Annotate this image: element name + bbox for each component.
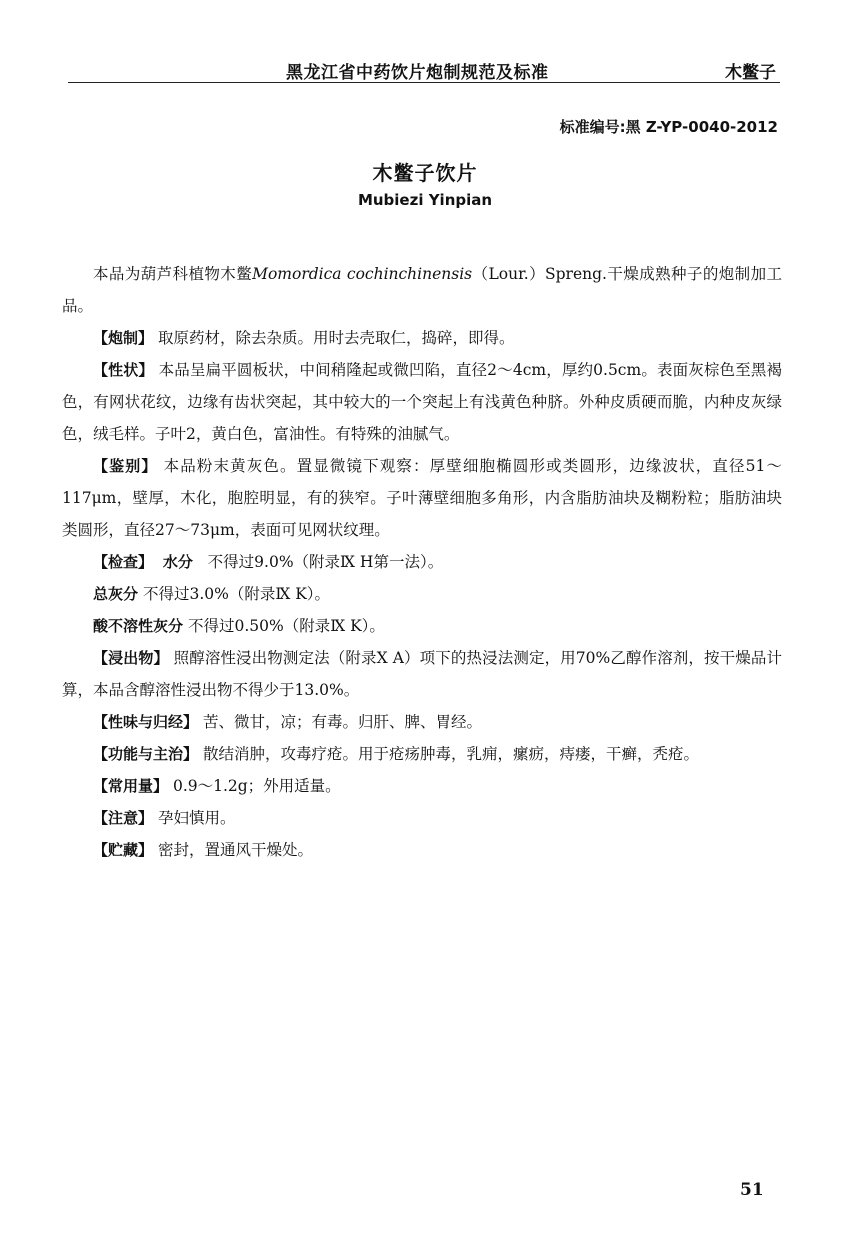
- identification-label: 【鉴别】: [93, 457, 158, 475]
- total-ash-text: 不得过3.0%（附录Ⅸ K）。: [143, 585, 330, 603]
- dosage-label: 【常用量】: [93, 777, 168, 795]
- latin-name: Momordica cochinchinensis: [252, 265, 472, 283]
- description-label: 【性状】: [93, 361, 154, 379]
- extract-text: 照醇溶性浸出物测定法（附录Ⅹ A）项下的热浸法测定，用70%乙醇作溶剂，按干燥品…: [62, 649, 782, 699]
- total-ash-paragraph: 总灰分 不得过3.0%（附录Ⅸ K）。: [62, 578, 782, 610]
- storage-text: 密封，置通风干燥处。: [158, 841, 313, 859]
- intro-paragraph: 本品为葫芦科植物木鳖Momordica cochinchinensis（Lour…: [62, 258, 782, 322]
- caution-paragraph: 【注意】 孕妇慎用。: [62, 802, 782, 834]
- description-paragraph: 【性状】 本品呈扁平圆板状，中间稍隆起或微凹陷，直径2～4cm，厚约0.5cm。…: [62, 354, 782, 450]
- acid-ash-paragraph: 酸不溶性灰分 不得过0.50%（附录Ⅸ K）。: [62, 610, 782, 642]
- moisture-label: 水分: [163, 553, 193, 571]
- intro-text: 本品为葫芦科植物木鳖: [93, 265, 252, 283]
- inspection-label: 【检查】: [93, 553, 153, 571]
- section-title: 木鳖子: [725, 58, 776, 83]
- extract-paragraph: 【浸出物】 照醇溶性浸出物测定法（附录Ⅹ A）项下的热浸法测定，用70%乙醇作溶…: [62, 642, 782, 706]
- dosage-text: 0.9～1.2g；外用适量。: [173, 777, 341, 795]
- extract-label: 【浸出物】: [93, 649, 169, 667]
- page-number: 51: [740, 1180, 764, 1200]
- inspection-paragraph: 【检查】 水分 不得过9.0%（附录Ⅸ H第一法）。: [62, 546, 782, 578]
- function-paragraph: 【功能与主治】 散结消肿，攻毒疗疮。用于疮疡肿毒，乳痈，瘰疬，痔瘘，干癣，秃疮。: [62, 738, 782, 770]
- function-text: 散结消肿，攻毒疗疮。用于疮疡肿毒，乳痈，瘰疬，痔瘘，干癣，秃疮。: [203, 745, 699, 763]
- caution-label: 【注意】: [93, 809, 153, 827]
- processing-text: 取原药材，除去杂质。用时去壳取仁，捣碎，即得。: [158, 329, 515, 347]
- nature-text: 苦、微甘，凉；有毒。归肝、脾、胃经。: [203, 713, 482, 731]
- moisture-text: 不得过9.0%（附录Ⅸ H第一法）。: [208, 553, 444, 571]
- book-title: 黑龙江省中药饮片炮制规范及标准: [286, 58, 549, 83]
- page-title: 木鳖子饮片: [0, 157, 850, 186]
- acid-ash-label: 酸不溶性灰分: [93, 617, 183, 635]
- processing-paragraph: 【炮制】 取原药材，除去杂质。用时去壳取仁，捣碎，即得。: [62, 322, 782, 354]
- processing-label: 【炮制】: [93, 329, 153, 347]
- dosage-paragraph: 【常用量】 0.9～1.2g；外用适量。: [62, 770, 782, 802]
- storage-paragraph: 【贮藏】 密封，置通风干燥处。: [62, 834, 782, 866]
- running-header: 黑龙江省中药饮片炮制规范及标准 木鳖子: [68, 56, 780, 83]
- identification-text: 本品粉末黄灰色。置显微镜下观察：厚壁细胞椭圆形或类圆形，边缘波状，直径51～11…: [62, 457, 782, 539]
- total-ash-label: 总灰分: [93, 585, 138, 603]
- description-text: 本品呈扁平圆板状，中间稍隆起或微凹陷，直径2～4cm，厚约0.5cm。表面灰棕色…: [62, 361, 782, 443]
- acid-ash-text: 不得过0.50%（附录Ⅸ K）。: [188, 617, 385, 635]
- function-label: 【功能与主治】: [93, 745, 198, 763]
- nature-paragraph: 【性味与归经】 苦、微甘，凉；有毒。归肝、脾、胃经。: [62, 706, 782, 738]
- nature-label: 【性味与归经】: [93, 713, 198, 731]
- monograph-body: 本品为葫芦科植物木鳖Momordica cochinchinensis（Lour…: [62, 258, 782, 866]
- page-subtitle: Mubiezi Yinpian: [0, 191, 850, 209]
- standard-number: 标准编号:黑 Z-YP-0040-2012: [560, 116, 778, 137]
- identification-paragraph: 【鉴别】 本品粉末黄灰色。置显微镜下观察：厚壁细胞椭圆形或类圆形，边缘波状，直径…: [62, 450, 782, 546]
- storage-label: 【贮藏】: [93, 841, 153, 859]
- caution-text: 孕妇慎用。: [158, 809, 236, 827]
